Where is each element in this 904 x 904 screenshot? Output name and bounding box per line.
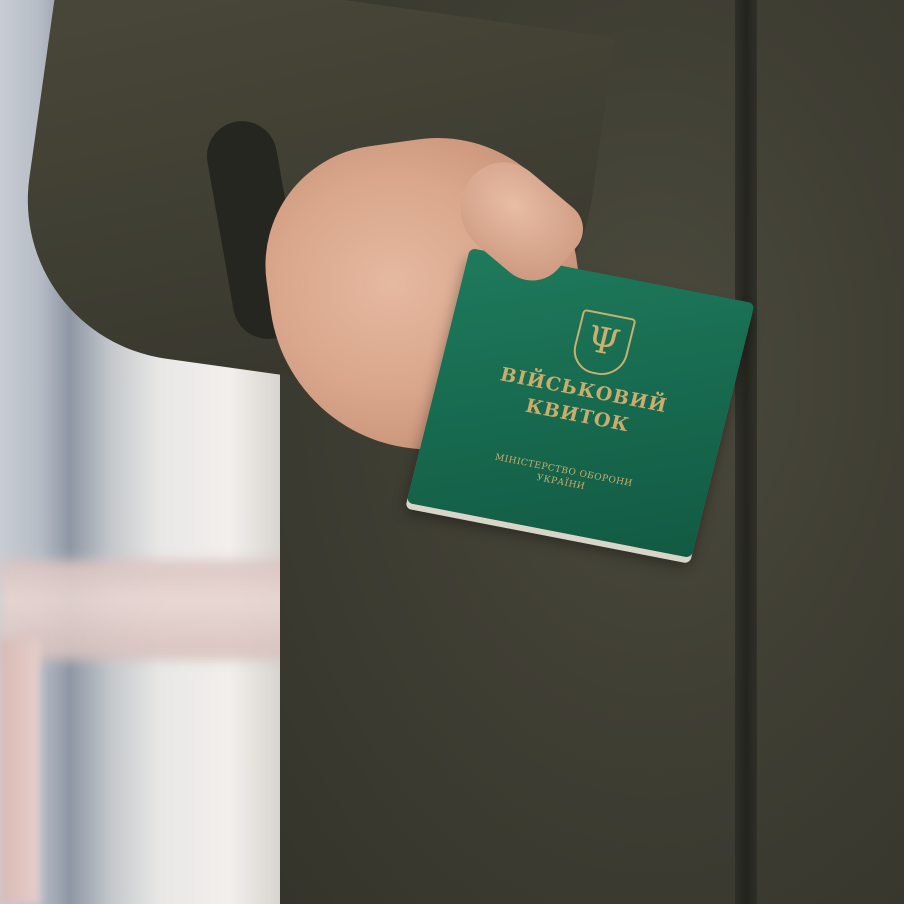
military-id-booklet: Ψ ВІЙСЬКОВИЙ КВИТОК МІНІСТЕРСТВО ОБОРОНИ…: [407, 248, 755, 558]
blurred-window-post: [0, 640, 40, 904]
jacket-zipper: [735, 0, 757, 904]
trident-emblem-icon: Ψ: [568, 309, 636, 380]
booklet-issuer: МІНІСТЕРСТВО ОБОРОНИ УКРАЇНИ: [417, 437, 707, 516]
photo-scene: Ψ ВІЙСЬКОВИЙ КВИТОК МІНІСТЕРСТВО ОБОРОНИ…: [0, 0, 904, 904]
blurred-window-frame: [0, 560, 300, 660]
